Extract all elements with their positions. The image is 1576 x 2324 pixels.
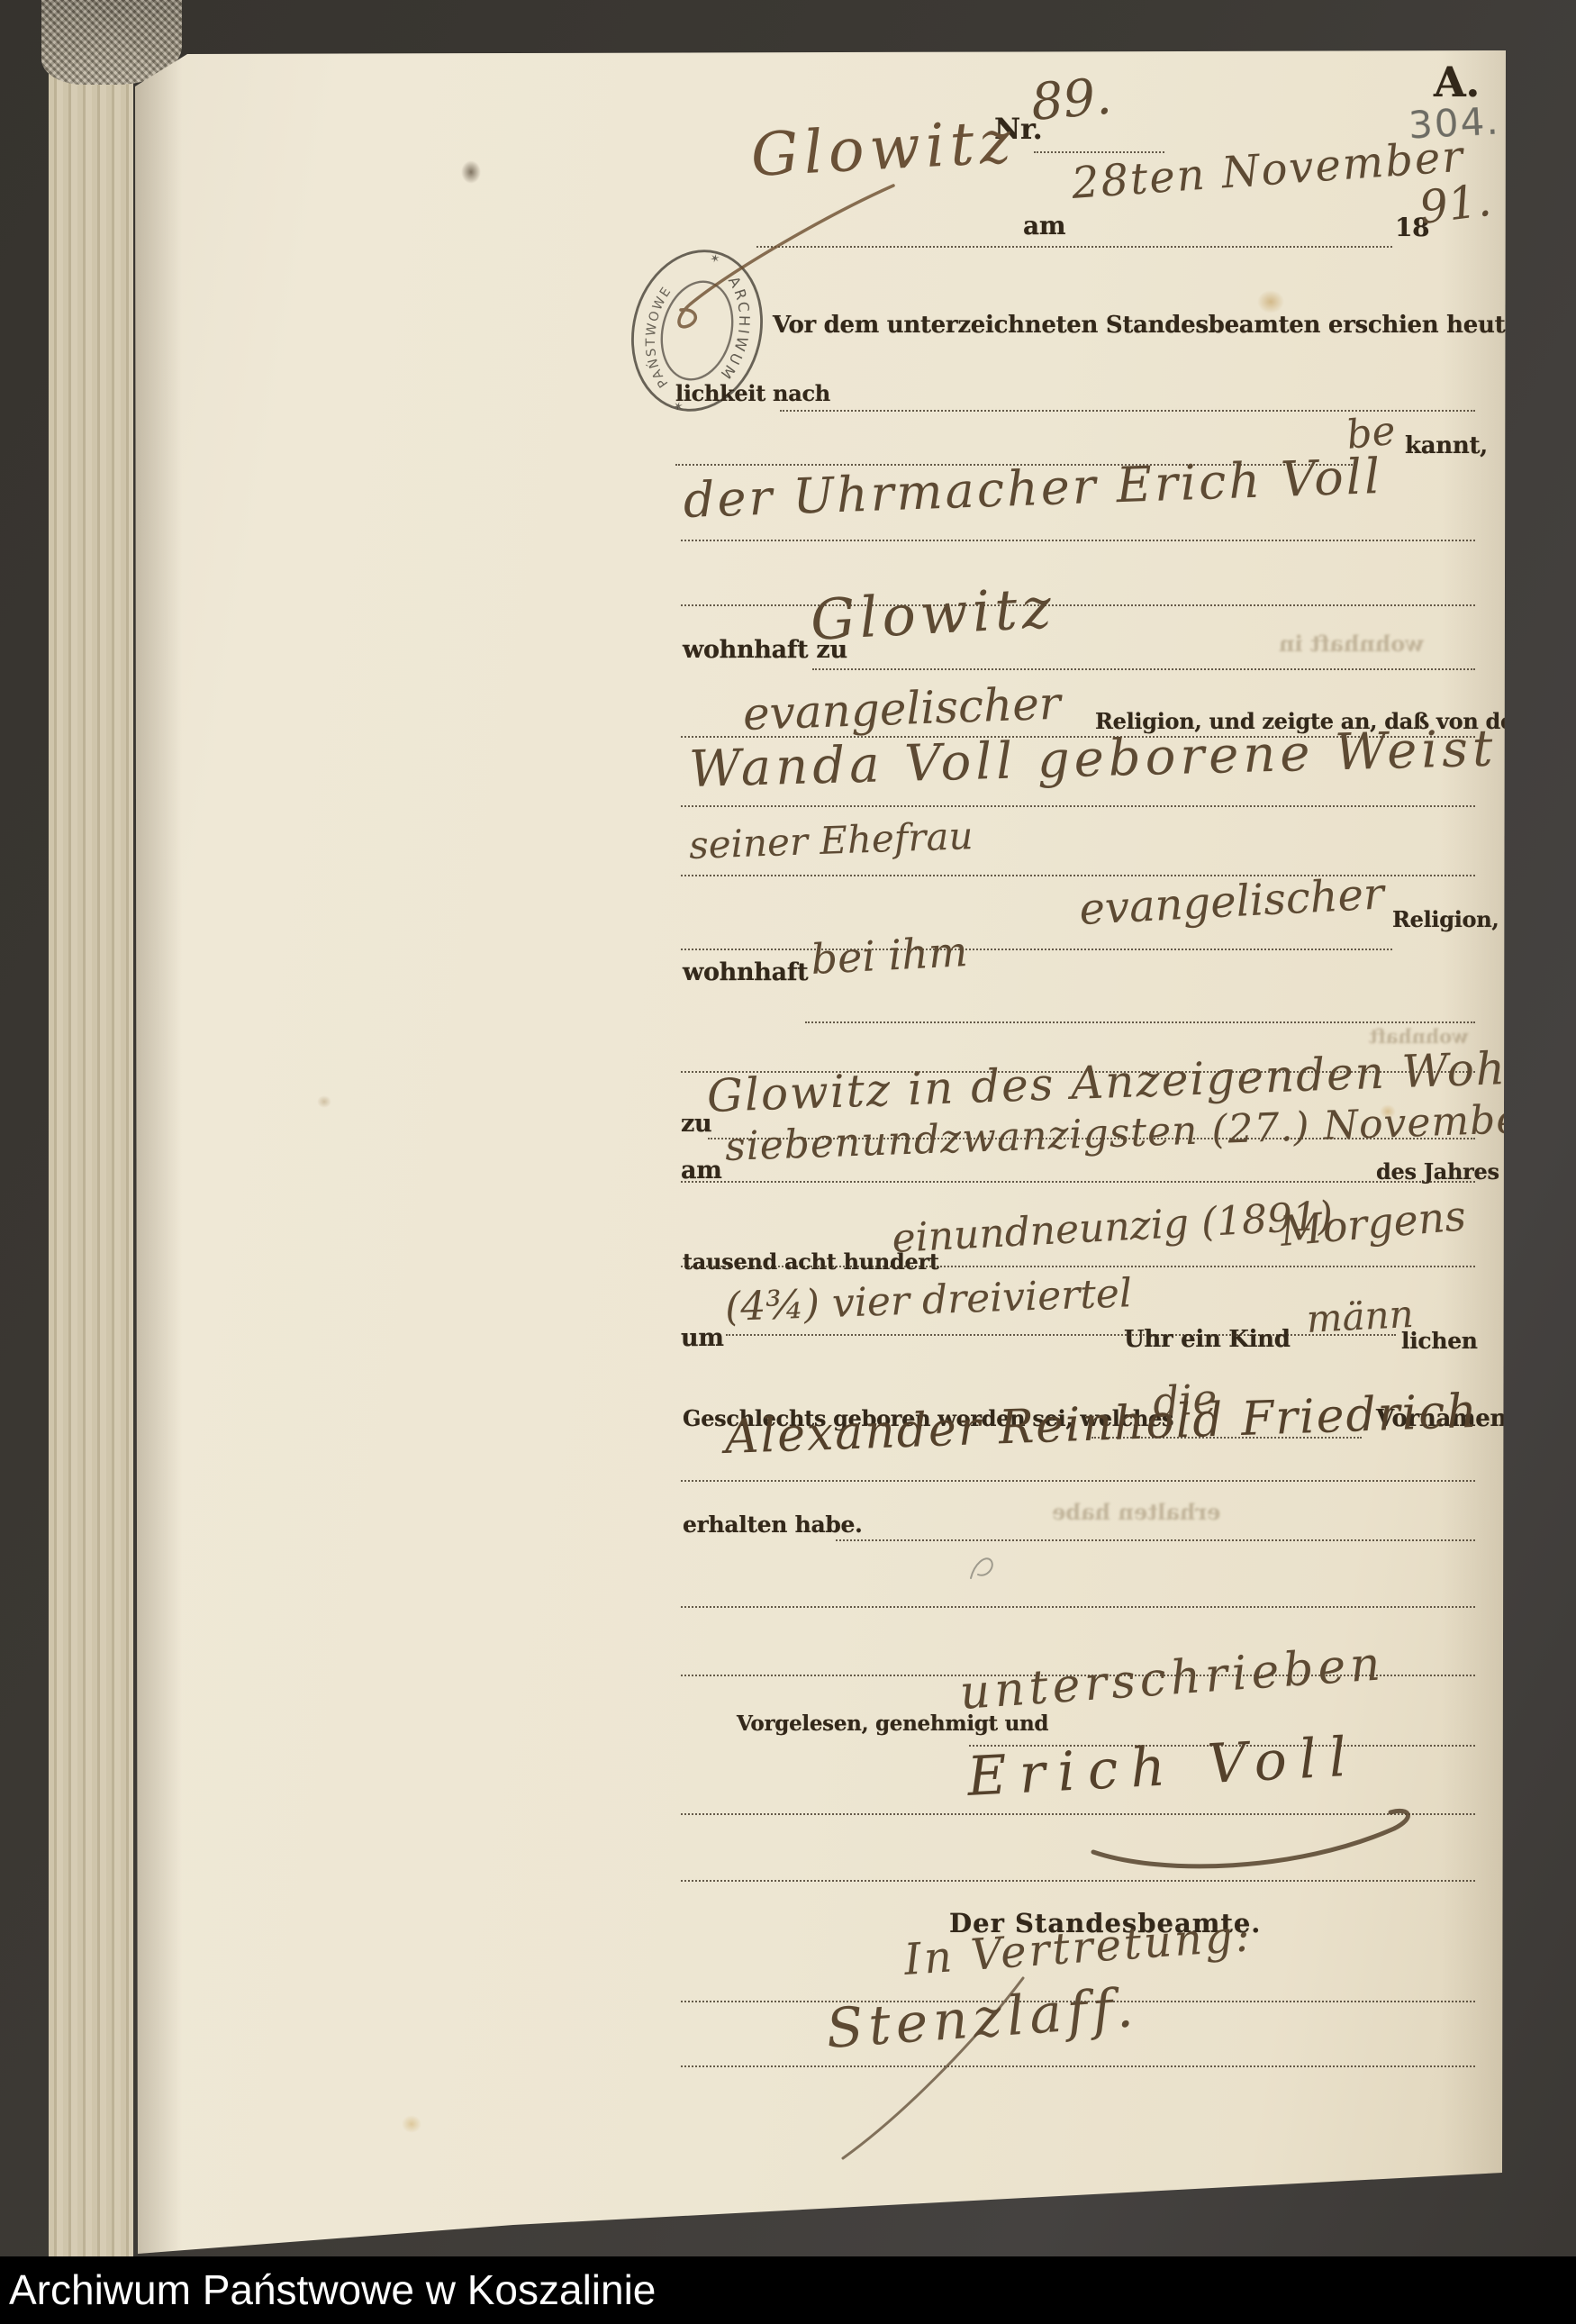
- intro-line-1: Vor dem unterzeichneten Standesbeamten e…: [773, 312, 1576, 339]
- residence-2-label: wohnhaft: [683, 958, 808, 986]
- dotted-rule: [756, 243, 1392, 248]
- year-handwritten: 91.: [1417, 174, 1494, 234]
- dotted-rule: [681, 946, 1392, 950]
- left-page-edge: [49, 27, 133, 2257]
- known-printed: kannt,: [1405, 432, 1488, 459]
- stamp-star-top: ✶: [708, 251, 720, 267]
- registrar-signature: Stenzlaff.: [824, 1976, 1140, 2061]
- dotted-rule: [726, 1331, 1396, 1336]
- dotted-rule: [681, 1811, 1475, 1815]
- mother-relation: seiner Ehefrau: [688, 813, 974, 867]
- residence-value: Glowitz: [809, 575, 1057, 653]
- child-names: Alexander Reinhold Friedrich: [724, 1384, 1480, 1465]
- residence-2-value: bei ihm: [810, 927, 969, 984]
- record-number-value: 89.: [1028, 67, 1113, 132]
- dotted-rule: [681, 1877, 1475, 1882]
- ghost-text-erhalten: erhalten habe: [1052, 1499, 1220, 1525]
- date-handwritten: 28ten November: [1070, 132, 1466, 209]
- dotted-rule: [805, 1019, 1475, 1023]
- dotted-rule: [681, 537, 1475, 541]
- signature-flourish: [1093, 1811, 1408, 1866]
- dotted-rule: [681, 803, 1475, 807]
- year-words-value: einundneunzig (1891): [891, 1193, 1334, 1262]
- dotted-rule: [681, 1603, 1475, 1608]
- time-label: um: [681, 1324, 724, 1352]
- fox-spot: [1257, 290, 1284, 313]
- record-page: A. 304. Nr. 89. Glowitz am 28ten Novembe…: [0, 0, 1576, 2324]
- time-value: (4¾) vier dreiviertel: [724, 1270, 1133, 1330]
- dotted-rule: [681, 2063, 1475, 2067]
- ghost-text-mid-right: wohnhaft: [1369, 1025, 1468, 1048]
- dotted-rule: [681, 1477, 1475, 1482]
- religion-1-handwritten: evangelischer: [742, 677, 1062, 740]
- religion-2-handwritten: evangelischer: [1078, 868, 1385, 935]
- dotted-rule: [681, 602, 1475, 606]
- declarant-signature: Erich Voll: [965, 1725, 1360, 1809]
- ghost-text-top-right: wohnhaft in: [1279, 631, 1424, 657]
- dotted-rule: [836, 1537, 1475, 1541]
- am-label: am: [1023, 211, 1065, 241]
- gutter-shadow: [135, 50, 182, 2256]
- closing-handwritten: unterschrieben: [958, 1637, 1387, 1720]
- place-name: Glowitz: [749, 107, 1018, 190]
- dotted-rule: [1034, 149, 1164, 153]
- fox-spot: [317, 1095, 331, 1108]
- caption-bar: Archiwum Państwowe w Koszalinie: [0, 2256, 1576, 2324]
- received-label: erhalten habe.: [683, 1512, 863, 1538]
- dotted-rule: [681, 1178, 1475, 1183]
- fox-spot: [402, 2115, 421, 2133]
- caption-label: Archiwum Państwowe w Koszalinie: [9, 2256, 656, 2324]
- declarant-line: der Uhrmacher Erich Voll: [683, 448, 1383, 529]
- intro-line-2: lichkeit nach: [675, 380, 830, 406]
- scanned-register-spread: A. 304. Nr. 89. Glowitz am 28ten Novembe…: [0, 0, 1576, 2324]
- pencil-mark: [971, 1558, 992, 1578]
- dotted-rule: [812, 666, 1475, 670]
- dotted-rule: [681, 1263, 1475, 1267]
- time-unit-printed: Uhr ein Kind: [1124, 1326, 1291, 1353]
- religion-2-printed: Religion,: [1392, 906, 1499, 932]
- gender-printed: lichen: [1401, 1328, 1478, 1354]
- ink-smudge: [461, 160, 481, 184]
